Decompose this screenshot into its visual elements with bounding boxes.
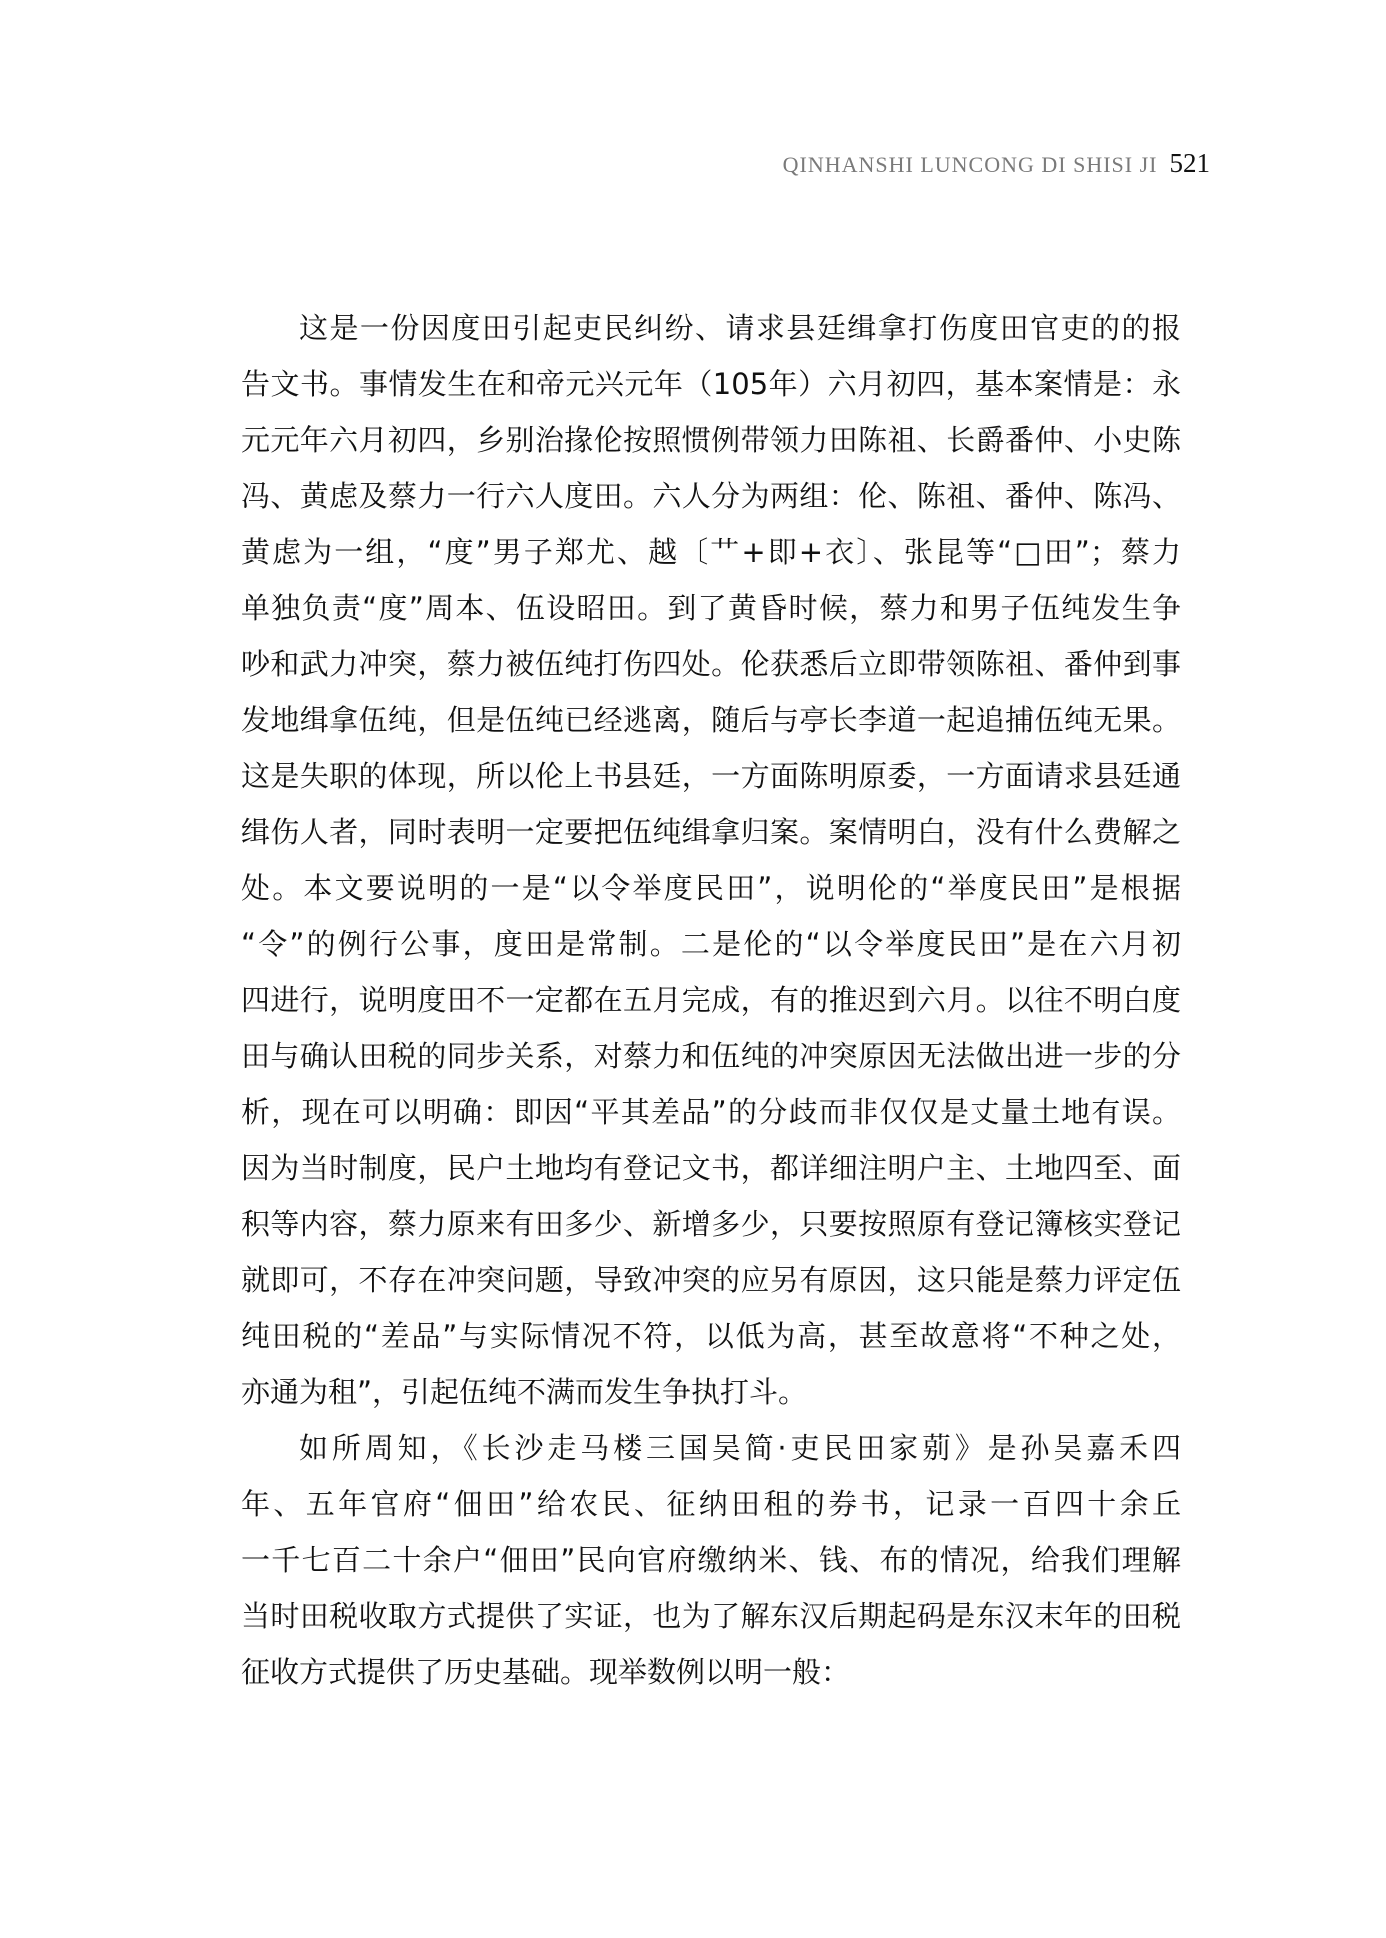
- text-line: 当时田税收取方式提供了实证，也为了解东汉后期起码是东汉末年的田税: [241, 1588, 1181, 1644]
- text-line: 告文书。事情发生在和帝元兴元年（105年）六月初四，基本案情是：永: [241, 356, 1181, 412]
- paragraph-1: 这是一份因度田引起吏民纠纷、请求县廷缉拿打伤度田官吏的的报 告文书。事情发生在和…: [241, 300, 1181, 1420]
- text-line: 如所周知，《长沙走马楼三国吴简·吏民田家莂》是孙吴嘉禾四: [241, 1420, 1181, 1476]
- text-line: 元元年六月初四，乡别治掾伦按照惯例带领力田陈祖、长爵番仲、小史陈: [241, 412, 1181, 468]
- text-line: 单独负责“度”周本、伍设昭田。到了黄昏时候，蔡力和男子伍纯发生争: [241, 580, 1181, 636]
- text-line: 黄虑为一组，“度”男子郑尤、越〔艹+即+衣〕、张昆等“□田”；蔡力: [241, 524, 1181, 580]
- body-text: 这是一份因度田引起吏民纠纷、请求县廷缉拿打伤度田官吏的的报 告文书。事情发生在和…: [241, 300, 1181, 1700]
- text-line: 因为当时制度，民户土地均有登记文书，都详细注明户主、土地四至、面: [241, 1140, 1181, 1196]
- text-line: 这是一份因度田引起吏民纠纷、请求县廷缉拿打伤度田官吏的的报: [241, 300, 1181, 356]
- text-line: 纯田税的“差品”与实际情况不符，以低为高，甚至故意将“不种之处，: [241, 1308, 1181, 1364]
- text-line: 亦通为租”，引起伍纯不满而发生争执打斗。: [241, 1364, 1181, 1420]
- text-line: 四进行，说明度田不一定都在五月完成，有的推迟到六月。以往不明白度: [241, 972, 1181, 1028]
- text-line: 冯、黄虑及蔡力一行六人度田。六人分为两组：伦、陈祖、番仲、陈冯、: [241, 468, 1181, 524]
- running-header: QINHANSHI LUNCONG DI SHISI JI 521: [783, 148, 1210, 179]
- text-line: 田与确认田税的同步关系，对蔡力和伍纯的冲突原因无法做出进一步的分: [241, 1028, 1181, 1084]
- text-line: 吵和武力冲突，蔡力被伍纯打伤四处。伦获悉后立即带领陈祖、番仲到事: [241, 636, 1181, 692]
- text-line: 这是失职的体现，所以伦上书县廷，一方面陈明原委，一方面请求县廷通: [241, 748, 1181, 804]
- text-line: 缉伤人者，同时表明一定要把伍纯缉拿归案。案情明白，没有什么费解之: [241, 804, 1181, 860]
- text-line: 析，现在可以明确：即因“平其差品”的分歧而非仅仅是丈量土地有误。: [241, 1084, 1181, 1140]
- text-line: 积等内容，蔡力原来有田多少、新增多少，只要按照原有登记簿核实登记: [241, 1196, 1181, 1252]
- text-line: 一千七百二十余户“佃田”民向官府缴纳米、钱、布的情况，给我们理解: [241, 1532, 1181, 1588]
- text-line: 处。本文要说明的一是“以令举度民田”，说明伦的“举度民田”是根据: [241, 860, 1181, 916]
- text-line: 就即可，不存在冲突问题，导致冲突的应另有原因，这只能是蔡力评定伍: [241, 1252, 1181, 1308]
- text-line: “令”的例行公事，度田是常制。二是伦的“以令举度民田”是在六月初: [241, 916, 1181, 972]
- text-line: 年、五年官府“佃田”给农民、征纳田租的券书，记录一百四十余丘: [241, 1476, 1181, 1532]
- page-number: 521: [1170, 148, 1211, 179]
- text-line: 发地缉拿伍纯，但是伍纯已经逃离，随后与亭长李道一起追捕伍纯无果。: [241, 692, 1181, 748]
- text-line: 征收方式提供了历史基础。现举数例以明一般：: [241, 1644, 1181, 1700]
- paragraph-2: 如所周知，《长沙走马楼三国吴简·吏民田家莂》是孙吴嘉禾四 年、五年官府“佃田”给…: [241, 1420, 1181, 1700]
- running-title: QINHANSHI LUNCONG DI SHISI JI: [783, 152, 1158, 178]
